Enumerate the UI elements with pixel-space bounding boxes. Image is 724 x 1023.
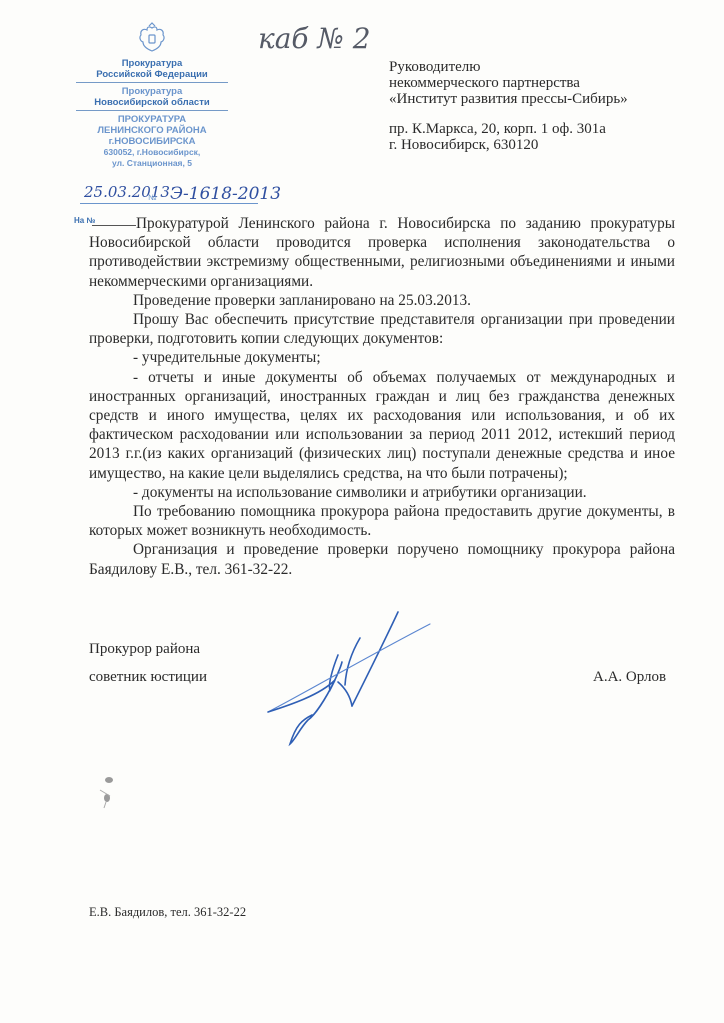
handwritten-note: каб № 2 [258, 22, 371, 55]
handwritten-registration-number: Э-1618-2013 [170, 184, 281, 204]
scan-artifact-mark [96, 776, 118, 815]
stamp-line: 630052, г.Новосибирск, [72, 147, 232, 158]
stamp-line: ПРОКУРАТУРА [72, 114, 232, 125]
stamp-line: ЛЕНИНСКОГО РАЙОНА [72, 125, 232, 136]
list-item: - учредительные документы; [89, 348, 675, 367]
recipient-block: Руководителю некоммерческого партнерства… [389, 59, 628, 153]
stamp-line: Прокуратура [72, 86, 232, 97]
stamp-line: ул. Станционная, 5 [72, 158, 232, 169]
stamp-divider [76, 110, 228, 111]
prosecutor-stamp: Прокуратура Российской Федерации Прокура… [72, 22, 232, 169]
recipient-city: г. Новосибирск, 630120 [389, 137, 628, 153]
body-paragraph: Прошу Вас обеспечить присутствие предста… [89, 310, 675, 348]
list-item: - отчеты и иные документы об объемах пол… [89, 368, 675, 483]
stamp-divider [76, 82, 228, 83]
executor-contact: Е.В. Баядилов, тел. 361-32-22 [89, 905, 246, 920]
stamp-line: Новосибирской области [72, 97, 232, 108]
number-label: № [148, 193, 157, 202]
signatory-rank: советник юстиции [89, 669, 207, 686]
recipient-line: некоммерческого партнерства [389, 75, 628, 91]
handwritten-signature-icon [250, 610, 450, 765]
recipient-address: пр. К.Маркса, 20, корп. 1 оф. 301а [389, 121, 628, 137]
letter-body: Прокуратурой Ленинского района г. Новоси… [89, 214, 675, 579]
list-item: - документы на использование символики и… [89, 483, 675, 502]
stamp-line: г.НОВОСИБИРСКА [72, 136, 232, 147]
signatory-title: Прокурор района [89, 641, 200, 658]
stamp-line: Прокуратура [72, 58, 232, 69]
body-paragraph: Организация и проведение проверки поруче… [89, 540, 675, 578]
body-paragraph: Прокуратурой Ленинского района г. Новоси… [89, 214, 675, 291]
body-paragraph: Проведение проверки запланировано на 25.… [89, 291, 675, 310]
handwritten-date: 25.03.2013 [84, 183, 170, 201]
signatory-name: А.А. Орлов [593, 669, 666, 686]
recipient-line: Руководителю [389, 59, 628, 75]
recipient-organization: «Институт развития прессы-Сибирь» [389, 91, 628, 107]
stamp-line: Российской Федерации [72, 69, 232, 80]
double-headed-eagle-icon [135, 22, 169, 56]
body-paragraph: По требованию помощника прокурора района… [89, 502, 675, 540]
